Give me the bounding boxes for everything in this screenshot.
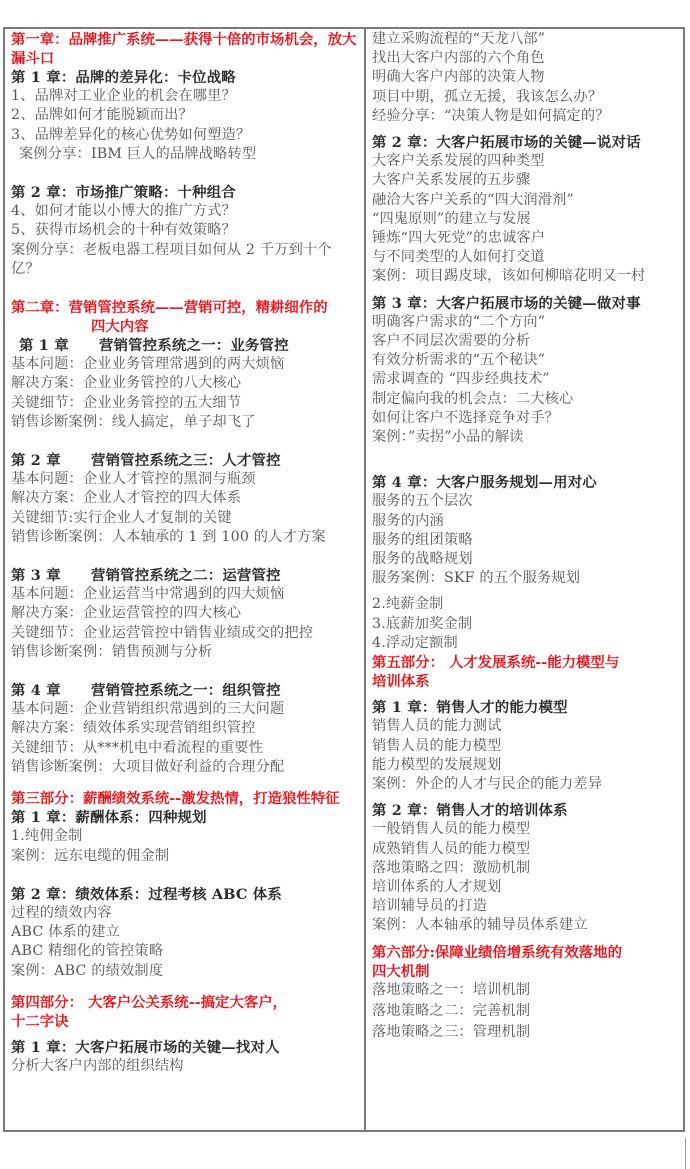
list-item: 案例：ABC 的绩效制度 [11,962,360,981]
part6-heading-line2: 四大机制 [372,962,679,981]
spacer [11,164,360,183]
list-item: 分析大客户内部的组织结构 [11,1057,360,1076]
chapter-number: 第 2 章 [11,451,91,470]
list-item: 培训辅导员的打造 [372,897,679,916]
spacer [11,662,360,681]
list-item: 销售诊断案例：线人搞定，单子却飞了 [11,413,360,432]
part5-ch1-heading: 第 1 章：销售人才的能力模型 [372,698,679,717]
list-item: 销售人员的能力测试 [372,717,679,736]
list-item: 建立采购流程的“天龙八部” [372,30,679,49]
list-item: 有效分析需求的“五个秘诀” [372,351,679,370]
case-item: 案例分享：老板电器工程项目如何从 2 千万到十个亿？ [11,241,360,279]
list-item: 案例：远东电缆的佣金制 [11,847,360,866]
chapter-number: 第 4 章 [11,681,91,700]
spacer [11,432,360,451]
list-item: 找出大客户内部的六个角色 [372,49,679,68]
spacer [372,936,679,943]
course-outline-table: 第一章：品牌推广系统——获得十倍的市场机会，放大漏斗口 第 1 章：品牌的差异化… [3,27,685,1132]
list-item: ABC 体系的建立 [11,923,360,942]
list-item: 服务的五个层次 [372,492,679,511]
spacer [372,126,679,133]
spacer [11,1031,360,1038]
list-item: 客户不同层次需要的分析 [372,332,679,351]
list-item: 项目中期，孤立无援，我该怎么办？ [372,88,679,107]
list-item: 销售诊断案例：大项目做好利益的合理分配 [11,758,360,777]
page-edge-divider [685,1138,686,1169]
list-item: 解决方案：企业业务管控的八大核心 [11,374,360,393]
list-item: 落地策略之一：培训机制 [372,981,679,1000]
list-item: 制定偏向我的机会点：二大核心 [372,390,679,409]
chapter-title: 营销管控系统之一：组织管控 [91,682,281,699]
chapter-number: 第 1 章 [19,336,99,355]
part2-heading-line1: 第二章：营销管控系统——营销可控，精耕细作的 [11,298,360,317]
list-item: 4、如何才能以小博大的推广方式？ [11,202,360,221]
list-item: 关键细节:实行企业人才复制的关键 [11,509,360,528]
list-item: 融洽大客户关系的“四大润滑剂” [372,191,679,210]
part3-ch1-heading: 第 1 章：薪酬体系：四种规划 [11,808,360,827]
list-item: 服务案例：SKF 的五个服务规划 [372,569,679,588]
list-item: 3.底薪加奖金制 [372,615,679,634]
part6-heading-line1: 第六部分:保障业绩倍增系统有效落地的 [372,943,679,962]
part5-heading-line1: 第五部分： 人才发展系统--能力模型与 [372,653,679,672]
right-column: 建立采购流程的“天龙八部” 找出大客户内部的六个角色 明确大客户内部的决策人物 … [366,29,683,1130]
list-item: 基本问题：企业运营当中常遇到的四大烦恼 [11,585,360,604]
chapter-title: 营销管控系统之一：业务管控 [99,337,289,354]
list-item: 需求调查的 “四步经典技术” [372,370,679,389]
list-item: 经验分享：“决策人物是如何搞定的？ [372,107,679,126]
spacer [11,777,360,789]
list-item: 1、品牌对工业企业的机会在哪里？ [11,87,360,106]
list-item: 大客户关系发展的五步骤 [372,171,679,190]
list-item: 一般销售人员的能力模型 [372,820,679,839]
list-item: 基本问题：企业营销组织常遇到的三大问题 [11,700,360,719]
list-item: 2、品牌如何才能脱颖而出？ [11,106,360,125]
list-item: 解决方案：企业人才管控的四大体系 [11,489,360,508]
list-item: 落地策略之二：完善机制 [372,1002,679,1021]
part4-ch1-heading: 第 1 章：大客户拓展市场的关键—找对人 [11,1038,360,1057]
list-item: 落地策略之三：管理机制 [372,1023,679,1042]
list-item: 基本问题：企业人才管控的黑洞与瓶颈 [11,470,360,489]
list-item: 关键细节：从***机电中看流程的重要性 [11,739,360,758]
spacer [11,547,360,566]
list-item: 明确客户需求的“二个方向” [372,313,679,332]
list-item: 落地策略之四：激励机制 [372,859,679,878]
list-item: 成熟销售人员的能力模型 [372,840,679,859]
list-item: 过程的绩效内容 [11,904,360,923]
list-item: 关键细节：企业业务管控的五大细节 [11,394,360,413]
list-item: 5、获得市场机会的十种有效策略？ [11,221,360,240]
list-item: 与不同类型的人如何打交道 [372,248,679,267]
list-item: 4.浮动定额制 [372,634,679,653]
part1-ch2-heading: 第 2 章：市场推广策略：十种组合 [11,183,360,202]
list-item: 销售人员的能力模型 [372,737,679,756]
spacer [372,287,679,294]
list-item: 销售诊断案例：销售预测与分析 [11,643,360,662]
list-item: 解决方案：企业运营管控的四大核心 [11,604,360,623]
list-item: 明确大客户内部的决策人物 [372,68,679,87]
spacer [11,279,360,298]
list-item: “四鬼原则”的建立与发展 [372,210,679,229]
list-item: 关键细节：企业运营管控中销售业绩成交的把控 [11,624,360,643]
part2-ch3-heading: 第 3 章营销管控系统之二：运营管控 [11,566,360,585]
part2-ch1-heading: 第 1 章营销管控系统之一：业务管控 [11,336,360,355]
part2-heading-line2: 四大内容 [11,317,360,336]
list-item: 案例：项目踢皮球，该如何柳暗花明又一村 [372,267,679,286]
part4-ch3-heading: 第 3 章：大客户拓展市场的关键—做对事 [372,294,679,313]
list-item: 如何让客户不选择竞争对手？ [372,409,679,428]
part1-ch1-heading: 第 1 章：品牌的差异化：卡位战略 [11,68,360,87]
part4-ch4-heading: 第 4 章：大客户服务规划—用对心 [372,473,679,492]
part5-heading-line2: 培训体系 [372,672,679,691]
spacer [11,981,360,993]
chapter-title: 营销管控系统之三：人才管控 [91,452,281,469]
list-item: 案例：外企的人才与民企的能力差异 [372,775,679,794]
part1-heading: 第一章：品牌推广系统——获得十倍的市场机会，放大漏斗口 [11,30,360,68]
spacer [372,691,679,698]
list-item: 大客户关系发展的四种类型 [372,152,679,171]
list-item: 服务的战略规划 [372,550,679,569]
part3-ch2-heading: 第 2 章：绩效体系：过程考核 ABC 体系 [11,885,360,904]
spacer [372,794,679,801]
list-item: 服务的内涵 [372,512,679,531]
list-item: 案例：”卖拐”小品的解读 [372,428,679,447]
list-item: 销售诊断案例：人本轴承的 1 到 100 的人才方案 [11,528,360,547]
chapter-number: 第 3 章 [11,566,91,585]
spacer [372,447,679,466]
case-item: 案例分享：IBM 巨人的品牌战略转型 [11,145,360,164]
part2-ch2-heading: 第 2 章营销管控系统之三：人才管控 [11,451,360,470]
spacer [372,466,679,473]
part5-ch2-heading: 第 2 章：销售人才的培训体系 [372,801,679,820]
list-item: 案例：人本轴承的辅导员体系建立 [372,916,679,935]
list-item: 锤炼“四大死党”的忠诚客户 [372,229,679,248]
list-item: 基本问题：企业业务管理常遇到的两大烦恼 [11,355,360,374]
part3-heading: 第三部分：薪酬绩效系统--激发热情，打造狼性特征 [11,789,360,808]
part2-ch4-heading: 第 4 章营销管控系统之一：组织管控 [11,681,360,700]
part4-heading-line2: 十二字诀 [11,1012,360,1031]
list-item: 3、品牌差异化的核心优势如何塑造？ [11,126,360,145]
list-item: 服务的组团策略 [372,531,679,550]
list-item: 能力模型的发展规划 [372,756,679,775]
list-item: 培训体系的人才规划 [372,878,679,897]
list-item: 1.纯佣金制 [11,827,360,846]
list-item: ABC 精细化的管控策略 [11,942,360,961]
list-item: 解决方案：绩效体系实现营销组织管控 [11,719,360,738]
spacer [11,866,360,885]
part4-heading-line1: 第四部分： 大客户公关系统--搞定大客户， [11,993,360,1012]
left-column: 第一章：品牌推广系统——获得十倍的市场机会，放大漏斗口 第 1 章：品牌的差异化… [5,29,366,1130]
part4-ch2-heading: 第 2 章：大客户拓展市场的关键—说对话 [372,133,679,152]
list-item: 2.纯薪金制 [372,595,679,614]
chapter-title: 营销管控系统之二：运营管控 [91,567,281,584]
spacer [372,588,679,595]
